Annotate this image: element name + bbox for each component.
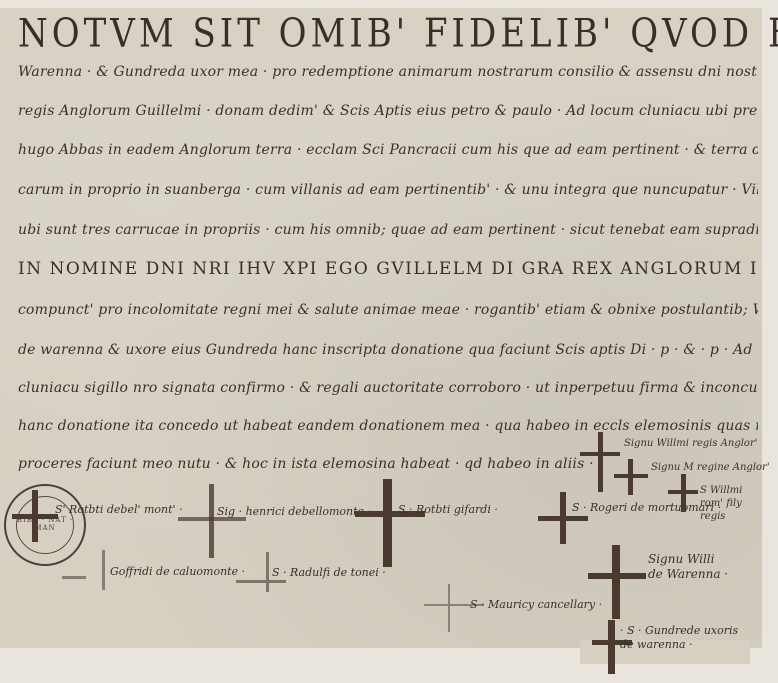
cross-icon (62, 550, 110, 590)
signature-geoffrey-chaumont: Goffridi de caluomonte · (110, 565, 245, 578)
text-line-5: ubi sunt tres carrucae in propriis · cum… (18, 222, 758, 238)
signature-line: Signu Willi (648, 552, 728, 567)
signature-henry-beaumont: Sig · henrici debellomonte · (217, 505, 371, 518)
text-line-8: cluniacu sigillo nro signata confirmo · … (18, 380, 758, 396)
signature-robert-beaumont: S' Rotbti debel' mont' · (55, 503, 183, 516)
cross-icon (588, 545, 646, 619)
signature-queen-matilda: Signu M regine Anglor' (651, 461, 770, 474)
signature-line: de Warenna · (648, 567, 728, 582)
cross-icon (355, 479, 425, 567)
cross-icon (614, 459, 648, 495)
charter-title-line: NOTVM SIT OMIB' FIDELIB' QVOD EGO WILLEL… (18, 11, 758, 57)
signature-king-william: Signu Willmi regis Anglor' (624, 437, 758, 450)
signature-line: de warenna · (620, 638, 738, 652)
cross-icon (178, 484, 248, 558)
text-line-9: hanc donatione ita concedo ut habeat ean… (18, 418, 758, 434)
text-line-1: Warenna · & Gundreda uxor mea · pro rede… (18, 64, 758, 80)
signature-radulf-toeni: S · Radulfi de tonei · (272, 566, 386, 579)
cross-icon (538, 492, 588, 544)
text-line-7: de warenna & uxore eius Gundreda hanc in… (18, 342, 758, 358)
signature-william-son: S Willmi rom' fily regis (700, 484, 762, 523)
cross-icon (12, 490, 58, 542)
signature-line: · S · Gundrede uxoris (620, 624, 738, 638)
signature-william-warenne: Signu Willi de Warenna · (648, 552, 728, 582)
signature-maurice-chancellor: S · Mauricy cancellary · (470, 598, 602, 611)
signature-gundreda: · S · Gundrede uxoris de warenna · (620, 624, 738, 652)
text-line-3: hugo Abbas in eadem Anglorum terra · ecc… (18, 142, 758, 158)
text-line-6: compunct' pro incolomitate regni mei & s… (18, 302, 758, 318)
cross-icon (668, 474, 698, 512)
invocation-line: IN NOMINE DNI NRI IHV XPI EGO GVILLELM D… (18, 259, 758, 279)
signature-roger-mortemer: S · Rogeri de mortuomari · (572, 501, 721, 514)
signature-robert-gifard: S · Rotbti gifardi · (398, 503, 498, 516)
text-line-2: regis Anglorum Guillelmi · donam dedim' … (18, 103, 758, 119)
text-line-4: carum in proprio in suanberga · cum vill… (18, 182, 758, 198)
